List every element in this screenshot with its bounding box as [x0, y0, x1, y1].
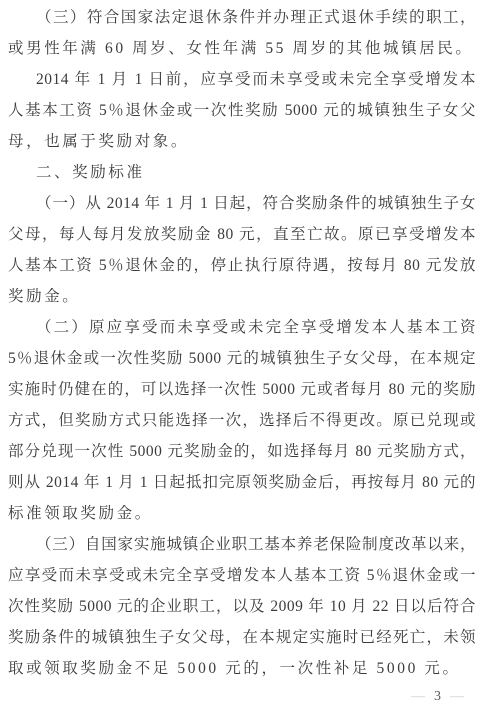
text-line: 则从 2014 年 1 月 1 日起抵扣完原领奖励金后，再按每月 80 元的 — [8, 467, 476, 498]
text-line: 取或领取奖励金不足 5000 元的，一次性补足 5000 元。 — [8, 653, 476, 684]
text-line: 人基本工资 5％退休金或一次性奖励 5000 元的城镇独生子女父 — [8, 95, 476, 126]
text-line: 人基本工资 5％退休金的，停止执行原待遇，按每月 80 元发放 — [8, 250, 476, 281]
text-line: 次性奖励 5000 元的企业职工，以及 2009 年 10 月 22 日以后符合 — [8, 591, 476, 622]
text-line: （三）自国家实施城镇企业职工基本养老保险制度改革以来， — [8, 529, 476, 560]
text-line: （三）符合国家法定退休条件并办理正式退休手续的职工， — [8, 2, 476, 33]
text-line: 2014 年 1 月 1 日前，应享受而未享受或未完全享受增发本 — [8, 64, 476, 95]
page-number-dash-right: — — [450, 689, 464, 704]
text-line: （二）原应享受而未享受或未完全享受增发本人基本工资 — [8, 312, 476, 343]
text-line: 应享受而未享受或未完全享受增发本人基本工资 5％退休金或一 — [8, 560, 476, 591]
text-line: 奖励金。 — [8, 281, 476, 312]
text-line: 母，也属于奖励对象。 — [8, 126, 476, 157]
text-line: 父母，每人每月发放奖励金 80 元，直至亡故。原已享受增发本 — [8, 219, 476, 250]
text-line: 5％退休金或一次性奖励 5000 元的城镇独生子女父母，在本规定 — [8, 343, 476, 374]
text-line: 奖励条件的城镇独生子女父母，在本规定实施时已经死亡，未领 — [8, 622, 476, 653]
text-line: 实施时仍健在的，可以选择一次性 5000 元或者每月 80 元的奖励 — [8, 374, 476, 405]
text-line: 方式，但奖励方式只能选择一次，选择后不得更改。原已兑现或 — [8, 405, 476, 436]
text-line: 或男性年满 60 周岁、女性年满 55 周岁的其他城镇居民。 — [8, 33, 476, 64]
page-number-dash-left: — — [411, 689, 425, 704]
document-page: （三）符合国家法定退休条件并办理正式退休手续的职工， 或男性年满 60 周岁、女… — [0, 0, 484, 709]
text-line: 部分兑现一次性 5000 元奖励金的，如选择每月 80 元奖励方式， — [8, 436, 476, 467]
text-line: 标准领取奖励金。 — [8, 498, 476, 529]
section-heading: 二、奖励标准 — [8, 157, 476, 188]
page-number: —3— — [8, 685, 476, 709]
text-line: （一）从 2014 年 1 月 1 日起，符合奖励条件的城镇独生子女 — [8, 188, 476, 219]
page-number-value: 3 — [434, 689, 441, 704]
